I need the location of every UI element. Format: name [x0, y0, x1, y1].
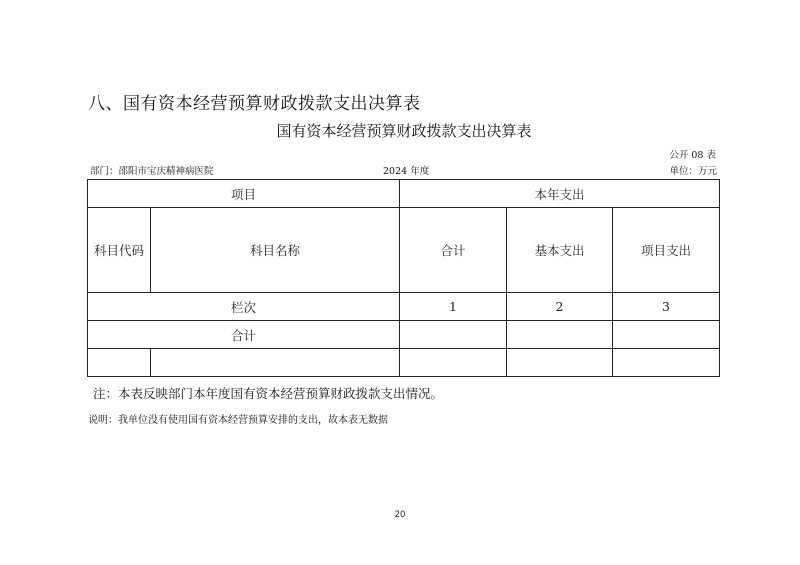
- table-subheader-row: 科目代码 科目名称 合计 基本支出 项目支出: [88, 208, 720, 293]
- col-subject-name: 科目名称: [151, 208, 400, 293]
- total-value-basic: [507, 321, 613, 349]
- total-label: 合计: [88, 321, 400, 349]
- form-number: 公开 08 表: [669, 147, 716, 161]
- col-project-expenditure: 项目支出: [613, 208, 720, 293]
- col-total: 合计: [400, 208, 507, 293]
- page-number: 20: [0, 510, 800, 520]
- total-value-total: [400, 321, 507, 349]
- total-row: 合计: [88, 321, 720, 349]
- table-row: [88, 349, 720, 377]
- col-basic-expenditure: 基本支出: [507, 208, 613, 293]
- column-index-2: 2: [507, 293, 613, 321]
- header-current-year-expenditure: 本年支出: [400, 180, 720, 208]
- year-label: 2024 年度: [383, 163, 429, 177]
- column-index-label: 栏次: [88, 293, 400, 321]
- total-value-project: [613, 321, 720, 349]
- col-subject-code: 科目代码: [88, 208, 151, 293]
- explanation-text: 说明：我单位没有使用国有资本经营预算安排的支出，故本表无数据: [88, 411, 388, 426]
- row-name: [151, 349, 400, 377]
- section-heading: 八、国有资本经营预算财政拨款支出决算表: [88, 89, 421, 114]
- table-title: 国有资本经营预算财政拨款支出决算表: [4, 120, 800, 141]
- row-code: [88, 349, 151, 377]
- column-index-row: 栏次 1 2 3: [88, 293, 720, 321]
- unit-label: 单位：万元: [669, 163, 717, 177]
- table-note: 注：本表反映部门本年度国有资本经营预算财政拨款支出情况。: [93, 384, 443, 402]
- budget-expenditure-table: 项目 本年支出 科目代码 科目名称 合计 基本支出 项目支出 栏次 1 2 3 …: [87, 179, 720, 377]
- row-value-project: [613, 349, 720, 377]
- header-project: 项目: [88, 180, 400, 208]
- column-index-1: 1: [400, 293, 507, 321]
- department-label: 部门：邵阳市宝庆精神病医院: [90, 163, 214, 177]
- row-value-total: [400, 349, 507, 377]
- column-index-3: 3: [613, 293, 720, 321]
- row-value-basic: [507, 349, 613, 377]
- table-header-row: 项目 本年支出: [88, 180, 720, 208]
